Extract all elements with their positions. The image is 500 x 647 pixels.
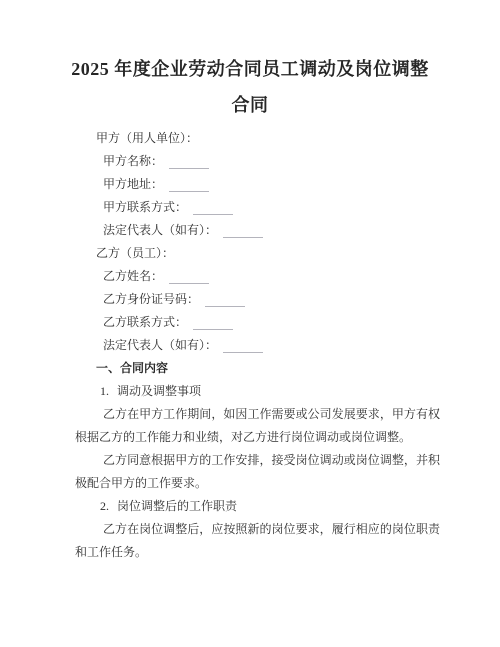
field-blank	[223, 223, 263, 238]
field-blank	[169, 154, 209, 169]
field-row-party-a-legal-rep: 法定代表人（如有）：	[75, 219, 440, 242]
field-row-party-b-id-number: 乙方身份证号码：	[75, 288, 440, 311]
item-title-text: 调动及调整事项	[117, 384, 201, 398]
title-line-2: 合同	[50, 87, 450, 123]
field-label: 乙方姓名：	[103, 269, 163, 283]
field-blank	[193, 315, 233, 330]
field-blank	[223, 338, 263, 353]
field-row-party-a-contact: 甲方联系方式：	[75, 196, 440, 219]
field-label: 甲方名称：	[103, 154, 163, 168]
field-label: 甲方地址：	[103, 177, 163, 191]
party-a-heading: 甲方（用人单位）：	[75, 127, 440, 150]
paragraph: 乙方在甲方工作期间，如因工作需要或公司发展要求，甲方有权根据乙方的工作能力和业绩…	[75, 403, 440, 449]
field-label: 甲方联系方式：	[103, 200, 187, 214]
field-row-party-b-contact: 乙方联系方式：	[75, 311, 440, 334]
document-title: 2025 年度企业劳动合同员工调动及岗位调整 合同	[50, 51, 450, 123]
field-row-party-b-legal-rep: 法定代表人（如有）：	[75, 334, 440, 357]
field-label: 乙方联系方式：	[103, 315, 187, 329]
field-row-party-a-name: 甲方名称：	[75, 150, 440, 173]
document-page: 2025 年度企业劳动合同员工调动及岗位调整 合同 甲方（用人单位）： 甲方名称…	[0, 0, 500, 647]
field-blank	[169, 177, 209, 192]
item-number: 2.	[100, 499, 109, 513]
party-b-heading: 乙方（员工）：	[75, 242, 440, 265]
field-row-party-b-name: 乙方姓名：	[75, 265, 440, 288]
title-line-1: 2025 年度企业劳动合同员工调动及岗位调整	[50, 51, 450, 87]
field-blank	[193, 200, 233, 215]
item-number: 1.	[100, 384, 109, 398]
section-heading-contract-content: 一、合同内容	[75, 357, 440, 380]
field-label: 法定代表人（如有）：	[103, 223, 217, 237]
field-label: 法定代表人（如有）：	[103, 338, 217, 352]
item-title-text: 岗位调整后的工作职责	[117, 499, 237, 513]
paragraph: 乙方同意根据甲方的工作安排，接受岗位调动或岗位调整，并积极配合甲方的工作要求。	[75, 449, 440, 495]
document-body: 甲方（用人单位）： 甲方名称： 甲方地址： 甲方联系方式： 法定代表人（如有）：…	[75, 127, 440, 564]
item-title-1: 1.调动及调整事项	[75, 380, 440, 403]
field-label: 乙方身份证号码：	[103, 292, 199, 306]
paragraph: 乙方在岗位调整后，应按照新的岗位要求，履行相应的岗位职责和工作任务。	[75, 518, 440, 564]
item-title-2: 2.岗位调整后的工作职责	[75, 495, 440, 518]
field-blank	[169, 269, 209, 284]
field-blank	[205, 292, 245, 307]
field-row-party-a-address: 甲方地址：	[75, 173, 440, 196]
